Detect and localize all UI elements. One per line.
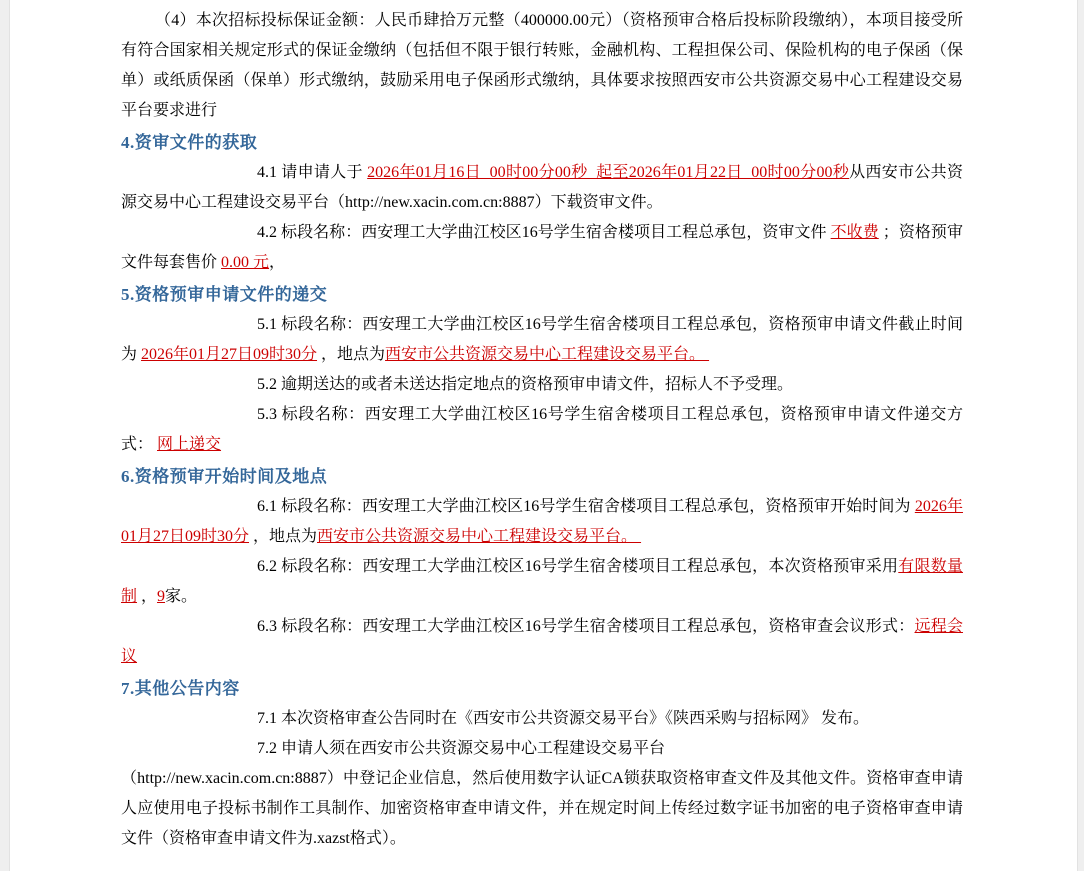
emphasis-value: 0.00 元 bbox=[221, 254, 269, 271]
emphasis-value: 9 bbox=[157, 588, 165, 605]
paragraph: 6.1 标段名称：西安理工大学曲江校区16号学生宿舍楼项目工程总承包，资格预审开… bbox=[121, 492, 963, 552]
emphasis-value: 西安市公共资源交易中心工程建设交易平台。 bbox=[385, 346, 709, 363]
paragraph: 7.1 本次资格审查公告同时在《西安市公共资源交易平台》《陕西采购与招标网》 发… bbox=[121, 704, 963, 734]
paragraph: （http://new.xacin.com.cn:8887）中登记企业信息，然后… bbox=[121, 764, 963, 854]
text-run: 5.资格预审申请文件的递交 bbox=[121, 285, 327, 304]
emphasis-value: 网上递交 bbox=[157, 436, 221, 453]
text-run: 6.1 标段名称：西安理工大学曲江校区16号学生宿舍楼项目工程总承包，资格预审开… bbox=[257, 498, 915, 515]
paragraph: 6.3 标段名称：西安理工大学曲江校区16号学生宿舍楼项目工程总承包，资格审查会… bbox=[121, 612, 963, 672]
text-run: 7.2 申请人须在西安市公共资源交易中心工程建设交易平台 bbox=[257, 740, 665, 757]
emphasis-value: 2026年01月27日09时30分 bbox=[141, 346, 317, 363]
text-run: ， bbox=[137, 588, 157, 605]
text-run: ，地点为 bbox=[249, 528, 317, 545]
text-run: （4）本次招标投标保证金额：人民币肆拾万元整（400000.00元）（资格预审合… bbox=[121, 12, 963, 119]
paragraph: （4）本次招标投标保证金额：人民币肆拾万元整（400000.00元）（资格预审合… bbox=[121, 6, 963, 126]
emphasis-value: 不收费 bbox=[831, 224, 879, 241]
section-heading: 7.其他公告内容 bbox=[121, 677, 963, 701]
text-run: 4.2 标段名称：西安理工大学曲江校区16号学生宿舍楼项目工程总承包，资审文件 bbox=[257, 224, 831, 241]
paragraph: 6.2 标段名称：西安理工大学曲江校区16号学生宿舍楼项目工程总承包，本次资格预… bbox=[121, 552, 963, 612]
text-run: 7.其他公告内容 bbox=[121, 679, 240, 698]
paragraph: 5.3 标段名称：西安理工大学曲江校区16号学生宿舍楼项目工程总承包，资格预审申… bbox=[121, 400, 963, 460]
text-run: 6.3 标段名称：西安理工大学曲江校区16号学生宿舍楼项目工程总承包，资格审查会… bbox=[257, 618, 915, 635]
text-run: 6.资格预审开始时间及地点 bbox=[121, 467, 327, 486]
section-heading: 4.资审文件的获取 bbox=[121, 131, 963, 155]
emphasis-value: 西安市公共资源交易中心工程建设交易平台。 bbox=[317, 528, 641, 545]
paragraph: 7.2 申请人须在西安市公共资源交易中心工程建设交易平台 bbox=[121, 734, 963, 764]
text-run: 6.2 标段名称：西安理工大学曲江校区16号学生宿舍楼项目工程总承包，本次资格预… bbox=[257, 558, 898, 575]
text-run: 5.3 标段名称：西安理工大学曲江校区16号学生宿舍楼项目工程总承包，资格预审申… bbox=[121, 406, 963, 453]
paragraph: 4.1 请申请人于 2026年01月16日 00时00分00秒 起至2026年0… bbox=[121, 158, 963, 218]
text-run: 4.资审文件的获取 bbox=[121, 133, 257, 152]
paragraph: 5.1 标段名称：西安理工大学曲江校区16号学生宿舍楼项目工程总承包，资格预审申… bbox=[121, 310, 963, 370]
document-page: （4）本次招标投标保证金额：人民币肆拾万元整（400000.00元）（资格预审合… bbox=[9, 0, 1078, 871]
section-heading: 6.资格预审开始时间及地点 bbox=[121, 465, 963, 489]
text-run: ， bbox=[269, 254, 285, 271]
text-run: 7.1 本次资格审查公告同时在《西安市公共资源交易平台》《陕西采购与招标网》 发… bbox=[257, 710, 869, 727]
tender-announcement-body: （4）本次招标投标保证金额：人民币肆拾万元整（400000.00元）（资格预审合… bbox=[10, 0, 1077, 854]
text-run: 家。 bbox=[165, 588, 197, 605]
text-run: （http://new.xacin.com.cn:8887）中登记企业信息，然后… bbox=[121, 770, 963, 847]
text-run: ，地点为 bbox=[317, 346, 385, 363]
paragraph: 5.2 逾期送达的或者未送达指定地点的资格预审申请文件，招标人不予受理。 bbox=[121, 370, 963, 400]
emphasis-value: 2026年01月16日 00时00分00秒 起至2026年01月22日 00时0… bbox=[367, 164, 849, 181]
text-run: 4.1 请申请人于 bbox=[257, 164, 367, 181]
section-heading: 5.资格预审申请文件的递交 bbox=[121, 283, 963, 307]
text-run: 5.2 逾期送达的或者未送达指定地点的资格预审申请文件，招标人不予受理。 bbox=[257, 376, 793, 393]
paragraph: 4.2 标段名称：西安理工大学曲江校区16号学生宿舍楼项目工程总承包，资审文件 … bbox=[121, 218, 963, 278]
